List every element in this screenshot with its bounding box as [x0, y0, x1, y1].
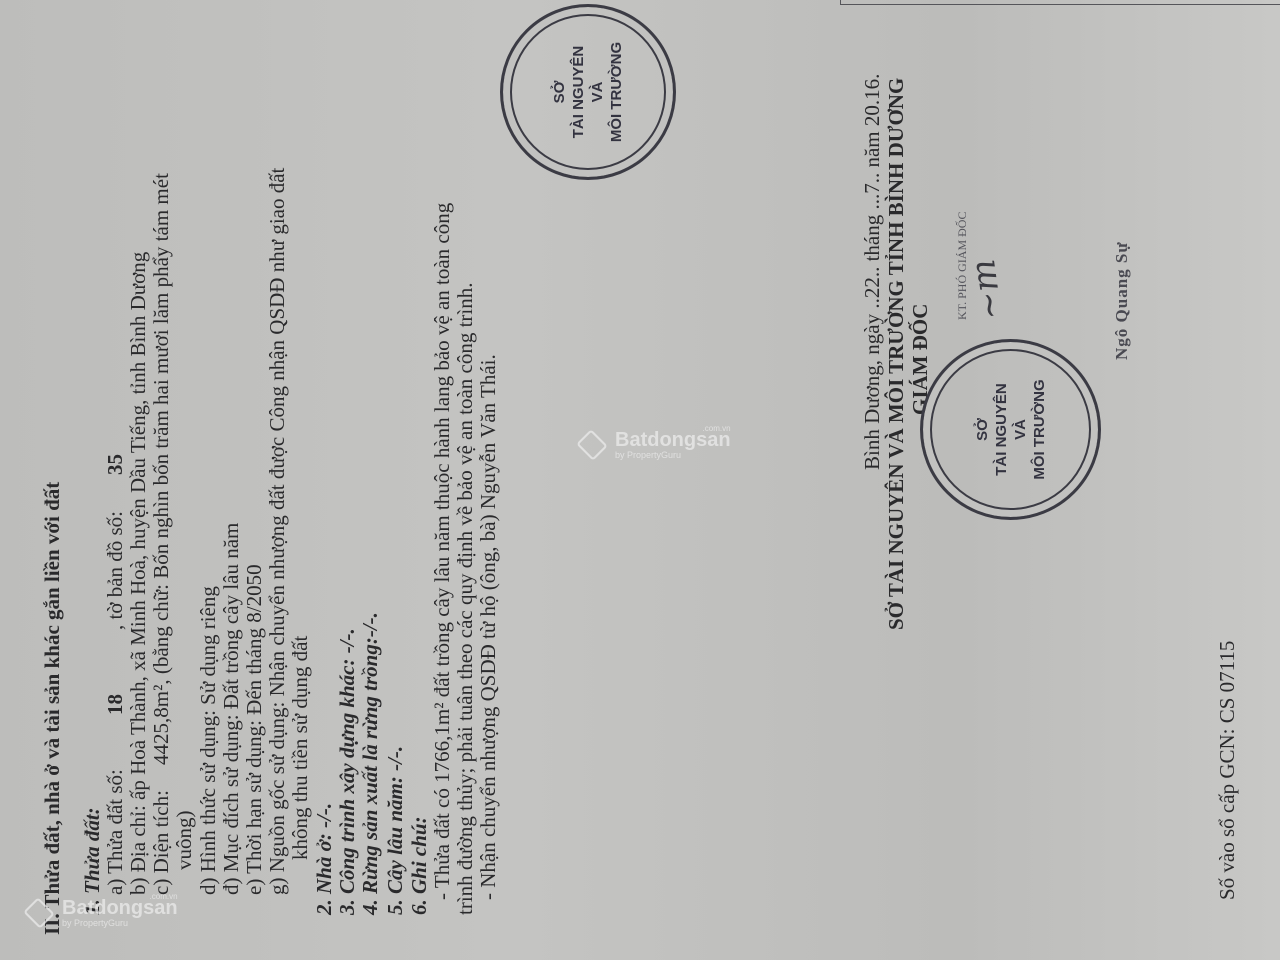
- address: b) Địa chỉ: ấp Hoà Thành, xã Minh Hoà, h…: [126, 252, 150, 895]
- watermark-corner: .com.vn Batdongsan by PropertyGuru: [22, 898, 178, 928]
- usage-purpose: đ) Mục đích sử dụng: Đất trồng cây lâu n…: [219, 523, 243, 895]
- map-sheet-number: 35: [103, 454, 127, 475]
- perennial-trees: 5. Cây lâu năm: -/-.: [383, 746, 407, 915]
- watermark-domain: .com.vn: [150, 892, 178, 901]
- stamp-core-2: TÀI NGUYÊN: [992, 383, 1011, 476]
- note-line-1: - Thửa đất có 1766,1m² đất trồng cây lâu…: [430, 203, 454, 900]
- area-cont: vuông): [172, 811, 196, 871]
- watermark-brand: Batdongsan: [615, 430, 731, 450]
- stamp-core-3: VÀ: [588, 82, 607, 103]
- watermark-logo-icon: [23, 897, 55, 929]
- watermark-center: .com.vn Batdongsan by PropertyGuru: [575, 430, 731, 460]
- parcel-number: 18: [103, 694, 127, 715]
- stamp-core-4: MÔI TRƯỜNG: [1030, 379, 1049, 479]
- watermark-tagline: by PropertyGuru: [62, 918, 178, 928]
- watermark-logo-icon: [576, 429, 608, 461]
- map-sheet-label: , tờ bản đồ số:: [103, 511, 127, 630]
- parcel-label: a) Thửa đất số:: [103, 769, 127, 895]
- area-value: 4425,8m², (bằng chữ: Bốn nghìn bốn trăm …: [149, 173, 173, 765]
- stamp-core-4: MÔI TRƯỜNG: [607, 42, 626, 142]
- stamp-core-3: VÀ: [1011, 419, 1030, 440]
- watermark-brand: Batdongsan: [62, 898, 178, 918]
- house: 2. Nhà ở: -/-.: [312, 803, 336, 915]
- usage-origin-cont: không thu tiền sử dụng đất: [288, 636, 312, 860]
- stamp-core-1: SỞ: [550, 81, 569, 104]
- stamp-core-1: SỞ: [973, 418, 992, 441]
- official-stamp-signature: SỞ TÀI NGUYÊN VÀ MÔI TRƯỜNG: [920, 339, 1101, 520]
- other-construction: 3. Công trình xây dựng khác: -/-.: [335, 628, 359, 915]
- usage-form: d) Hình thức sử dụng: Sử dụng riêng: [196, 586, 220, 895]
- section-title: II. Thửa đất, nhà ở và tài sản khác gắn …: [40, 482, 64, 935]
- certificate-page: II. Thửa đất, nhà ở và tài sản khác gắn …: [0, 0, 1280, 960]
- registry-number: Số vào sổ cấp GCN: CS 07115: [1215, 641, 1239, 900]
- agency-name: SỞ TÀI NGUYÊN VÀ MÔI TRƯỜNG TỈNH BÌNH DƯ…: [884, 78, 908, 630]
- watermark-tagline: by PropertyGuru: [615, 450, 731, 460]
- note-line-2: trình đường thủy; phải tuân theo các quy…: [453, 282, 477, 915]
- signer-name: Ngô Quang Sự: [1110, 241, 1134, 360]
- note-line-3: - Nhận chuyển nhượng QSDĐ từ hộ (ông, bà…: [476, 354, 500, 900]
- area-label: c) Diện tích:: [149, 790, 173, 895]
- signature-scribble: ~m: [971, 258, 1003, 321]
- production-forest: 4. Rừng sản xuất là rừng trồng:-/-.: [358, 612, 382, 915]
- official-stamp-top: SỞ TÀI NGUYÊN VÀ MÔI TRƯỜNG: [500, 4, 676, 180]
- usage-term: e) Thời hạn sử dụng: Đến tháng 8/2050: [242, 564, 266, 895]
- watermark-domain: .com.vn: [703, 424, 731, 433]
- notes-heading: 6. Ghi chú:: [407, 816, 431, 915]
- stamp-core-2: TÀI NGUYÊN: [569, 46, 588, 139]
- date-line: Bình Dương, ngày ..22.. tháng ...7.. năm…: [860, 74, 884, 470]
- usage-origin: g) Nguồn gốc sử dụng: Nhận chuyển nhượng…: [265, 168, 289, 895]
